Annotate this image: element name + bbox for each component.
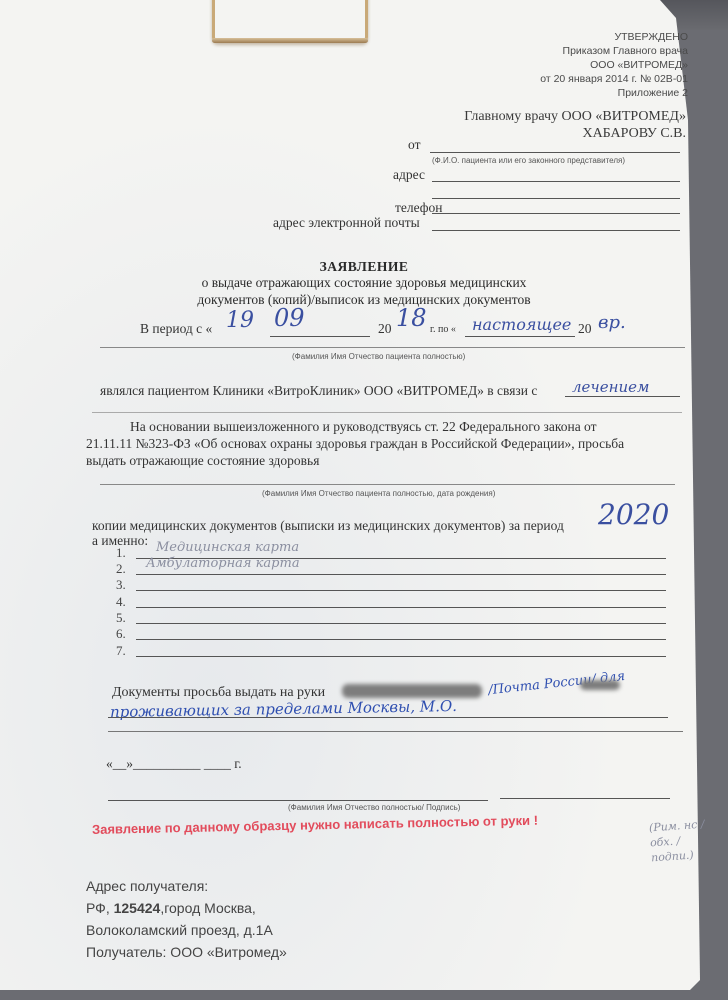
- signature-line-1[interactable]: [108, 800, 488, 801]
- list-item[interactable]: 2. Амбулаторная карта: [116, 560, 676, 576]
- patient-name-hint: (Фамилия Имя Отчество пациента полностью…: [292, 352, 465, 361]
- patient-name-line[interactable]: [100, 347, 685, 348]
- item-number: 5.: [116, 610, 126, 625]
- subtitle-line-2: документов (копий)/выписок из медицински…: [0, 291, 728, 308]
- address-label: адрес: [393, 167, 425, 183]
- recipient-city-name: ,город Москва,: [160, 900, 255, 916]
- from-hint: (Ф.И.О. пациента или его законного предс…: [432, 156, 625, 165]
- item-number: 3.: [116, 577, 126, 592]
- redacted-text: [342, 684, 482, 698]
- list-item[interactable]: 5.: [116, 609, 676, 625]
- month-from-value[interactable]: 09: [274, 310, 305, 327]
- documents-list: 1. Медицинская карта 2. Амбулаторная кар…: [116, 544, 676, 658]
- item-number: 1.: [116, 545, 126, 560]
- clipboard-clip-icon: [212, 0, 368, 43]
- year-to-value[interactable]: вр.: [598, 314, 626, 331]
- year-from-value[interactable]: 18: [396, 310, 427, 327]
- item-line: [136, 623, 666, 624]
- redacted-mark: [580, 680, 620, 690]
- approval-order: Приказом Главного врача: [540, 44, 688, 58]
- item-number: 4.: [116, 594, 126, 609]
- recipient-street: Волоколамский проезд, д.1А: [86, 919, 287, 941]
- email-field-line[interactable]: [432, 230, 680, 231]
- item-value: Амбулаторная карта: [146, 556, 300, 571]
- document-title: ЗАЯВЛЕНИЕ: [0, 259, 728, 275]
- approval-appendix: Приложение 2: [540, 86, 688, 100]
- signature-line-2[interactable]: [500, 798, 670, 799]
- recipient-name: Получатель: ООО «Витромед»: [86, 941, 287, 963]
- approval-heading: УТВЕРЖДЕНО: [540, 30, 688, 44]
- item-line: [136, 590, 666, 591]
- item-value: Медицинская карта: [156, 540, 299, 555]
- patient-details-hint: (Фамилия Имя Отчество пациента полностью…: [262, 489, 495, 498]
- delivery-line-1[interactable]: [108, 717, 668, 718]
- item-line: [136, 607, 666, 608]
- item-number: 2.: [116, 561, 126, 576]
- recipient-postcode: 125424: [114, 900, 161, 916]
- basis-paragraph: На основании вышеизложенного и руководст…: [86, 418, 686, 469]
- recipient-block: Адрес получателя: РФ, 125424,город Москв…: [86, 875, 287, 963]
- month-from-line: [270, 336, 370, 337]
- copies-period-value[interactable]: 2020: [598, 498, 669, 531]
- year-prefix-to: 20: [578, 320, 592, 337]
- list-item[interactable]: 6.: [116, 625, 676, 642]
- phone-field-line[interactable]: [432, 213, 680, 214]
- item-line: [136, 639, 666, 640]
- address-field-line[interactable]: [432, 181, 680, 182]
- year-prefix-from: 20: [378, 320, 392, 337]
- period-line: В период с « 19 09 20 18 г. по « настоящ…: [140, 320, 700, 348]
- to-value[interactable]: настоящее: [472, 316, 571, 333]
- to-text: г. по «: [430, 321, 456, 338]
- delivery-line-2[interactable]: [108, 731, 683, 732]
- approval-date: от 20 января 2014 г. № 02В-01: [540, 72, 688, 86]
- margin-note: (Рим. нс / обх. / подпи.): [649, 816, 722, 866]
- copies-statement: копии медицинских документов (выписки из…: [92, 517, 564, 534]
- address-field-line-2[interactable]: [432, 198, 680, 199]
- to-line: [465, 336, 575, 337]
- email-label: адрес электронной почты: [273, 215, 420, 231]
- signature-hint: (Фамилия Имя Отчество полностью/ Подпись…: [288, 803, 460, 812]
- day-from-value[interactable]: 19: [226, 312, 254, 329]
- recipient-country: РФ,: [86, 900, 114, 916]
- clipboard-clip-bar: [212, 38, 368, 43]
- patient-statement: являлся пациентом Клиники «ВитроКлиник» …: [100, 382, 537, 399]
- list-item[interactable]: 7.: [116, 642, 676, 658]
- reason-line-2[interactable]: [92, 412, 682, 413]
- item-number: 7.: [116, 643, 126, 658]
- from-field-line[interactable]: [430, 152, 680, 153]
- reason-value[interactable]: лечением: [572, 378, 650, 396]
- document-subtitle: о выдаче отражающих состояние здоровья м…: [0, 274, 728, 308]
- recipient-heading: Адрес получателя:: [86, 875, 287, 897]
- addressee-name: ХАБАРОВУ С.В.: [464, 125, 686, 142]
- addressee-title: Главному врачу ООО «ВИТРОМЕД»: [464, 108, 686, 125]
- date-field[interactable]: «__»__________ ____ г.: [106, 755, 242, 772]
- approval-company: ООО «ВИТРОМЕД»: [540, 58, 688, 72]
- list-item[interactable]: 3.: [116, 576, 676, 593]
- basis-line-1: На основании вышеизложенного и руководст…: [86, 418, 686, 435]
- approval-block: УТВЕРЖДЕНО Приказом Главного врача ООО «…: [540, 30, 688, 100]
- basis-line-2: 21.11.11 №323-ФЗ «Об основах охраны здор…: [86, 435, 686, 452]
- recipient-city: РФ, 125424,город Москва,: [86, 897, 287, 919]
- item-line: [136, 656, 666, 657]
- period-prefix: В период с «: [140, 321, 212, 336]
- from-label: от: [408, 137, 420, 153]
- item-number: 6.: [116, 626, 126, 641]
- addressee-block: Главному врачу ООО «ВИТРОМЕД» ХАБАРОВУ С…: [464, 108, 686, 142]
- subtitle-line-1: о выдаче отражающих состояние здоровья м…: [0, 274, 728, 291]
- delivery-statement: Документы просьба выдать на руки: [112, 684, 325, 701]
- item-line: [136, 574, 666, 575]
- patient-details-line[interactable]: [100, 484, 675, 485]
- reason-line: [565, 396, 680, 397]
- basis-line-3: выдать отражающие состояние здоровья: [86, 452, 686, 469]
- list-item[interactable]: 4.: [116, 593, 676, 609]
